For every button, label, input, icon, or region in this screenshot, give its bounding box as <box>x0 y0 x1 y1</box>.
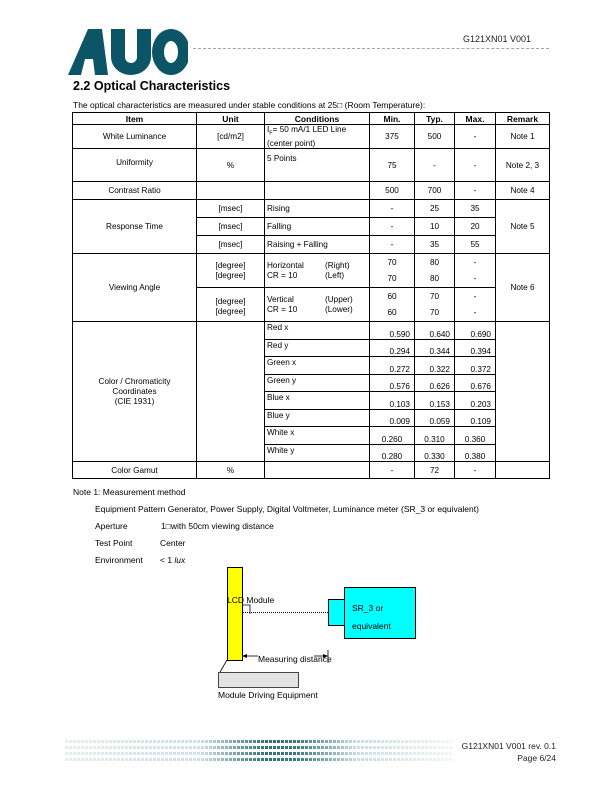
max-cell: 20 <box>455 218 496 236</box>
item-cell: White Luminance <box>73 125 197 149</box>
conditions-cell <box>265 462 370 479</box>
footer-page-number: Page 6/24 <box>517 753 556 763</box>
unit-cell: % <box>197 149 265 182</box>
max-cell: 35 <box>455 200 496 218</box>
remark-cell: Note 1 <box>496 125 550 149</box>
item-cell: Response Time <box>73 200 197 254</box>
cond-line2: (center point) <box>267 139 315 148</box>
header-conditions: Conditions <box>265 113 370 125</box>
conditions-cell: IF= 50 mA/1 LED Line (center point) <box>265 125 370 149</box>
intro-text: The optical characteristics are measured… <box>73 100 425 110</box>
typ-cell: 0.059 <box>415 409 455 427</box>
unit-line: [degree] <box>215 261 245 270</box>
item-line: Coordinates <box>112 387 156 396</box>
luminance-meter-body <box>344 587 416 639</box>
max-cell: 0.203 <box>455 392 496 410</box>
meter-label-line2: equivalent <box>352 621 391 631</box>
max-cell: -- <box>455 254 496 288</box>
unit-cell: [msec] <box>197 218 265 236</box>
min-cell: 0.103 <box>370 392 415 410</box>
unit-cell: % <box>197 462 265 479</box>
max-cell: 0.676 <box>455 374 496 392</box>
typ-cell: 0.640 <box>415 322 455 340</box>
cond-cr: CR = 10 <box>267 305 325 315</box>
environment-value: < 1 <box>160 555 174 565</box>
item-cell: Viewing Angle <box>73 254 197 322</box>
conditions-cell: Blue y <box>265 409 370 427</box>
max-cell: - <box>455 462 496 479</box>
optical-characteristics-table: Item Unit Conditions Min. Typ. Max. Rema… <box>72 112 550 479</box>
min-cell: 7070 <box>370 254 415 288</box>
conditions-cell: White x <box>265 427 370 445</box>
min-cell: 0.260 <box>370 427 415 445</box>
unit-line: [degree] <box>215 307 245 316</box>
section-title: 2.2 Optical Characteristics <box>73 79 230 93</box>
min-cell: 6060 <box>370 288 415 322</box>
conditions-cell: Blue x <box>265 392 370 410</box>
item-cell: Uniformity <box>73 149 197 182</box>
value: 80 <box>430 274 439 283</box>
cond-direction: (Upper) <box>325 295 353 304</box>
min-cell: 75 <box>370 149 415 182</box>
typ-cell: 72 <box>415 462 455 479</box>
value: 70 <box>430 292 439 301</box>
min-cell: - <box>370 200 415 218</box>
typ-cell: 0.322 <box>415 357 455 375</box>
note-testpoint-label: Test Point <box>95 538 132 548</box>
note-equipment: Equipment Pattern Generator, Power Suppl… <box>95 504 479 514</box>
item-cell: Color / ChromaticityCoordinates(CIE 1931… <box>73 322 197 462</box>
header-divider <box>193 48 549 49</box>
max-cell: 0.360 <box>455 427 496 445</box>
conditions-cell: 5 Points <box>265 149 370 182</box>
conditions-cell: Horizontal(Right) CR = 10(Left) <box>265 254 370 288</box>
typ-cell: 8080 <box>415 254 455 288</box>
cond-direction: (Right) <box>325 261 350 270</box>
value: - <box>474 292 477 301</box>
typ-cell: 0.310 <box>415 427 455 445</box>
typ-cell: 35 <box>415 236 455 254</box>
typ-cell: 700 <box>415 182 455 200</box>
max-cell: 0.109 <box>455 409 496 427</box>
cond-cr: CR = 10 <box>267 271 325 281</box>
conditions-cell <box>265 182 370 200</box>
environment-unit: lux <box>174 555 185 565</box>
conditions-cell: White y <box>265 444 370 462</box>
cond-direction: (Left) <box>325 271 344 280</box>
table-row: Color Gamut % - 72 - <box>73 462 550 479</box>
cond-direction-type: Horizontal <box>267 261 325 271</box>
value: 60 <box>387 292 396 301</box>
typ-cell: 500 <box>415 125 455 149</box>
note-environment-label: Environment <box>95 555 143 565</box>
unit-cell <box>197 322 265 462</box>
unit-cell: [degree] [degree] <box>197 288 265 322</box>
table-row: White Luminance [cd/m2] IF= 50 mA/1 LED … <box>73 125 550 149</box>
unit-cell: [msec] <box>197 200 265 218</box>
value: 70 <box>430 308 439 317</box>
min-cell: 0.590 <box>370 322 415 340</box>
conditions-cell: Falling <box>265 218 370 236</box>
typ-cell: - <box>415 149 455 182</box>
meter-label-line1: SR_3 or <box>352 603 383 613</box>
min-cell: 0.009 <box>370 409 415 427</box>
table-row: Color / ChromaticityCoordinates(CIE 1931… <box>73 322 550 340</box>
max-cell: 55 <box>455 236 496 254</box>
remark-cell <box>496 322 550 462</box>
unit-cell <box>197 182 265 200</box>
value: 70 <box>387 258 396 267</box>
note-aperture-value: 1□with 50cm viewing distance <box>161 521 274 531</box>
min-cell: 0.280 <box>370 444 415 462</box>
note-testpoint-value: Center <box>160 538 186 548</box>
max-cell: 0.372 <box>455 357 496 375</box>
max-cell: 0.394 <box>455 339 496 357</box>
remark-cell: Note 2, 3 <box>496 149 550 182</box>
unit-line: [degree] <box>215 271 245 280</box>
max-cell: - <box>455 149 496 182</box>
unit-line: [degree] <box>215 297 245 306</box>
unit-cell: [cd/m2] <box>197 125 265 149</box>
document-id: G121XN01 V001 <box>463 34 531 44</box>
table-row: Uniformity % 5 Points 75 - - Note 2, 3 <box>73 149 550 182</box>
table-header-row: Item Unit Conditions Min. Typ. Max. Rema… <box>73 113 550 125</box>
driving-equipment-label: Module Driving Equipment <box>218 690 318 700</box>
value: - <box>474 308 477 317</box>
typ-cell: 0.344 <box>415 339 455 357</box>
item-line: Color / Chromaticity <box>99 377 171 386</box>
value: 70 <box>387 274 396 283</box>
header-min: Min. <box>370 113 415 125</box>
item-cell: Color Gamut <box>73 462 197 479</box>
cond-rest: = 50 mA/1 LED Line <box>273 125 347 134</box>
table-row: Viewing Angle [degree] [degree] Horizont… <box>73 254 550 288</box>
auo-logo <box>68 29 188 75</box>
min-cell: 0.294 <box>370 339 415 357</box>
conditions-cell: Red y <box>265 339 370 357</box>
max-cell: - <box>455 125 496 149</box>
min-cell: 500 <box>370 182 415 200</box>
driving-equipment-shape <box>218 672 299 688</box>
table-row: Response Time [msec] Rising - 25 35 Note… <box>73 200 550 218</box>
cond-direction: (Lower) <box>325 305 353 314</box>
unit-cell: [degree] [degree] <box>197 254 265 288</box>
note-environment-value: < 1 lux <box>160 555 185 565</box>
conditions-cell: Vertical(Upper) CR = 10(Lower) <box>265 288 370 322</box>
min-cell: 0.272 <box>370 357 415 375</box>
conditions-cell: Raising + Falling <box>265 236 370 254</box>
header-unit: Unit <box>197 113 265 125</box>
header-typ: Typ. <box>415 113 455 125</box>
note-aperture-label: Aperture <box>95 521 128 531</box>
conditions-cell: Red x <box>265 322 370 340</box>
item-line: (CIE 1931) <box>115 397 155 406</box>
conditions-cell: Green y <box>265 374 370 392</box>
table-row: Contrast Ratio 500 700 - Note 4 <box>73 182 550 200</box>
min-cell: - <box>370 462 415 479</box>
conditions-cell: Green x <box>265 357 370 375</box>
typ-cell: 0.330 <box>415 444 455 462</box>
note-1-title: Note 1: Measurement method <box>73 487 185 497</box>
footer-revision: G121XN01 V001 rev. 0.1 <box>462 741 556 751</box>
max-cell: - <box>455 182 496 200</box>
measuring-distance-label: Measuring distance <box>258 654 332 664</box>
value: - <box>474 258 477 267</box>
typ-cell: 0.626 <box>415 374 455 392</box>
header-max: Max. <box>455 113 496 125</box>
chromaticity-rows: Color / ChromaticityCoordinates(CIE 1931… <box>73 322 550 462</box>
remark-cell: Note 4 <box>496 182 550 200</box>
footer-decorative-stripes <box>64 740 454 764</box>
cond-direction-type: Vertical <box>267 295 325 305</box>
min-cell: - <box>370 236 415 254</box>
min-cell: - <box>370 218 415 236</box>
conditions-cell: Rising <box>265 200 370 218</box>
header-remark: Remark <box>496 113 550 125</box>
value: - <box>474 274 477 283</box>
remark-cell: Note 5 <box>496 200 550 254</box>
measuring-axis-line <box>242 612 328 613</box>
remark-cell <box>496 462 550 479</box>
value: 80 <box>430 258 439 267</box>
min-cell: 375 <box>370 125 415 149</box>
header-item: Item <box>73 113 197 125</box>
typ-cell: 0.153 <box>415 392 455 410</box>
max-cell: 0.380 <box>455 444 496 462</box>
value: 60 <box>387 308 396 317</box>
min-cell: 0.576 <box>370 374 415 392</box>
typ-cell: 10 <box>415 218 455 236</box>
item-cell: Contrast Ratio <box>73 182 197 200</box>
remark-cell: Note 6 <box>496 254 550 322</box>
typ-cell: 25 <box>415 200 455 218</box>
max-cell: -- <box>455 288 496 322</box>
max-cell: 0.690 <box>455 322 496 340</box>
typ-cell: 7070 <box>415 288 455 322</box>
unit-cell: [msec] <box>197 236 265 254</box>
